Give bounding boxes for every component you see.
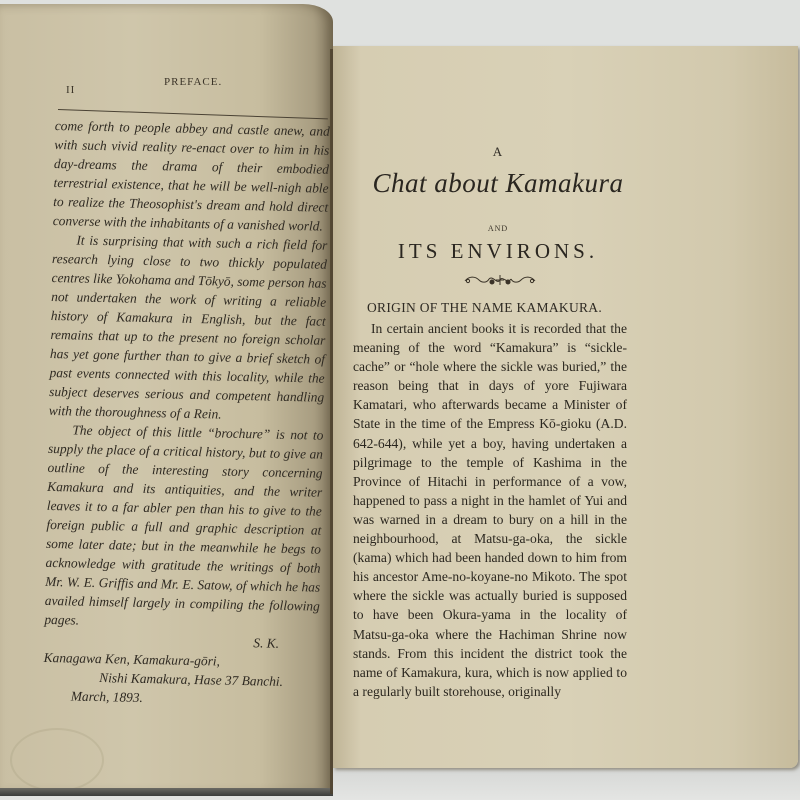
title-article: A	[333, 144, 663, 160]
page-number: II	[66, 84, 75, 96]
right-page: A Chat about Kamakura AND ITS ENVIRONS. …	[333, 46, 798, 768]
section-heading: ORIGIN OF THE NAME KAMAKURA.	[367, 300, 602, 316]
book-title: Chat about Kamakura	[333, 168, 663, 199]
watermark-seal-icon	[10, 728, 104, 792]
preface-paragraph: The object of this little “brochure” is …	[44, 420, 323, 635]
title-conjunction: AND	[333, 224, 663, 233]
preface-paragraph: It is surprising that with such a rich f…	[49, 230, 328, 426]
scroll-ornament-icon	[463, 273, 537, 287]
page-edge	[0, 788, 333, 796]
running-head-title: PREFACE.	[164, 76, 222, 88]
book-subtitle: ITS ENVIRONS.	[333, 239, 663, 264]
preface-text: come forth to people abbey and castle an…	[43, 116, 330, 711]
body-paragraph: In certain ancient books it is recorded …	[353, 319, 627, 701]
left-page: II PREFACE. come forth to people abbey a…	[0, 4, 333, 794]
preface-paragraph: come forth to people abbey and castle an…	[53, 116, 330, 236]
body-text: In certain ancient books it is recorded …	[353, 319, 627, 701]
